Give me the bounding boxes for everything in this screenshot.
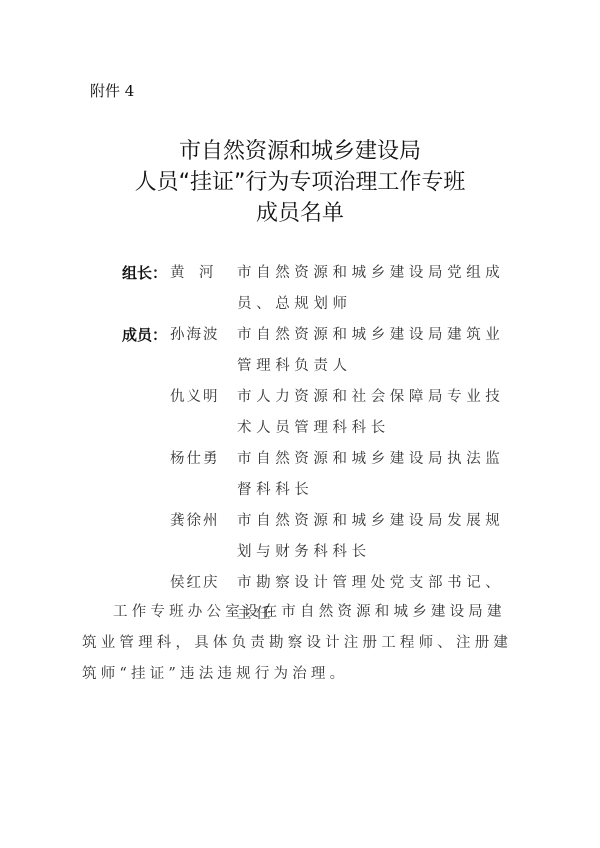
member-roster: 组长： 黄 河 市自然资源和城乡建设局党组成员、总规划师 成员： 孙海波 市自然… [122, 258, 522, 630]
leader-label: 组长： [122, 258, 172, 289]
member-position: 市自然资源和城乡建设局执法监督科科长 [237, 444, 517, 506]
title-line-1: 市自然资源和城乡建设局 [0, 136, 600, 167]
attachment-label: 附件 4 [90, 80, 134, 101]
office-note-paragraph: 工作专班办公室设在市自然资源和城乡建设局建筑业管理科，具体负责勘察设计注册工程师… [82, 597, 522, 690]
member-name: 龚徐州 [170, 506, 236, 537]
member-name: 杨仕勇 [170, 444, 236, 475]
members-label: 成员： [122, 320, 172, 351]
member-row: 杨仕勇 市自然资源和城乡建设局执法监督科科长 [122, 444, 522, 506]
member-row: 龚徐州 市自然资源和城乡建设局发展规划与财务科科长 [122, 506, 522, 568]
leader-row: 组长： 黄 河 市自然资源和城乡建设局党组成员、总规划师 [122, 258, 522, 320]
member-name: 仇义明 [170, 382, 236, 413]
member-position: 市自然资源和城乡建设局发展规划与财务科科长 [237, 506, 517, 568]
member-name: 侯红庆 [170, 568, 236, 599]
title-line-3: 成员名单 [0, 198, 600, 229]
member-position: 市自然资源和城乡建设局建筑业管理科负责人 [237, 320, 517, 382]
title-line-2: 人员“挂证”行为专项治理工作专班 [0, 167, 600, 198]
member-position: 市人力资源和社会保障局专业技术人员管理科科长 [237, 382, 517, 444]
member-name: 孙海波 [170, 320, 236, 351]
document-title: 市自然资源和城乡建设局 人员“挂证”行为专项治理工作专班 成员名单 [0, 136, 600, 229]
member-row: 成员： 孙海波 市自然资源和城乡建设局建筑业管理科负责人 [122, 320, 522, 382]
leader-name: 黄 河 [170, 258, 236, 289]
leader-position: 市自然资源和城乡建设局党组成员、总规划师 [237, 258, 517, 320]
member-row: 仇义明 市人力资源和社会保障局专业技术人员管理科科长 [122, 382, 522, 444]
